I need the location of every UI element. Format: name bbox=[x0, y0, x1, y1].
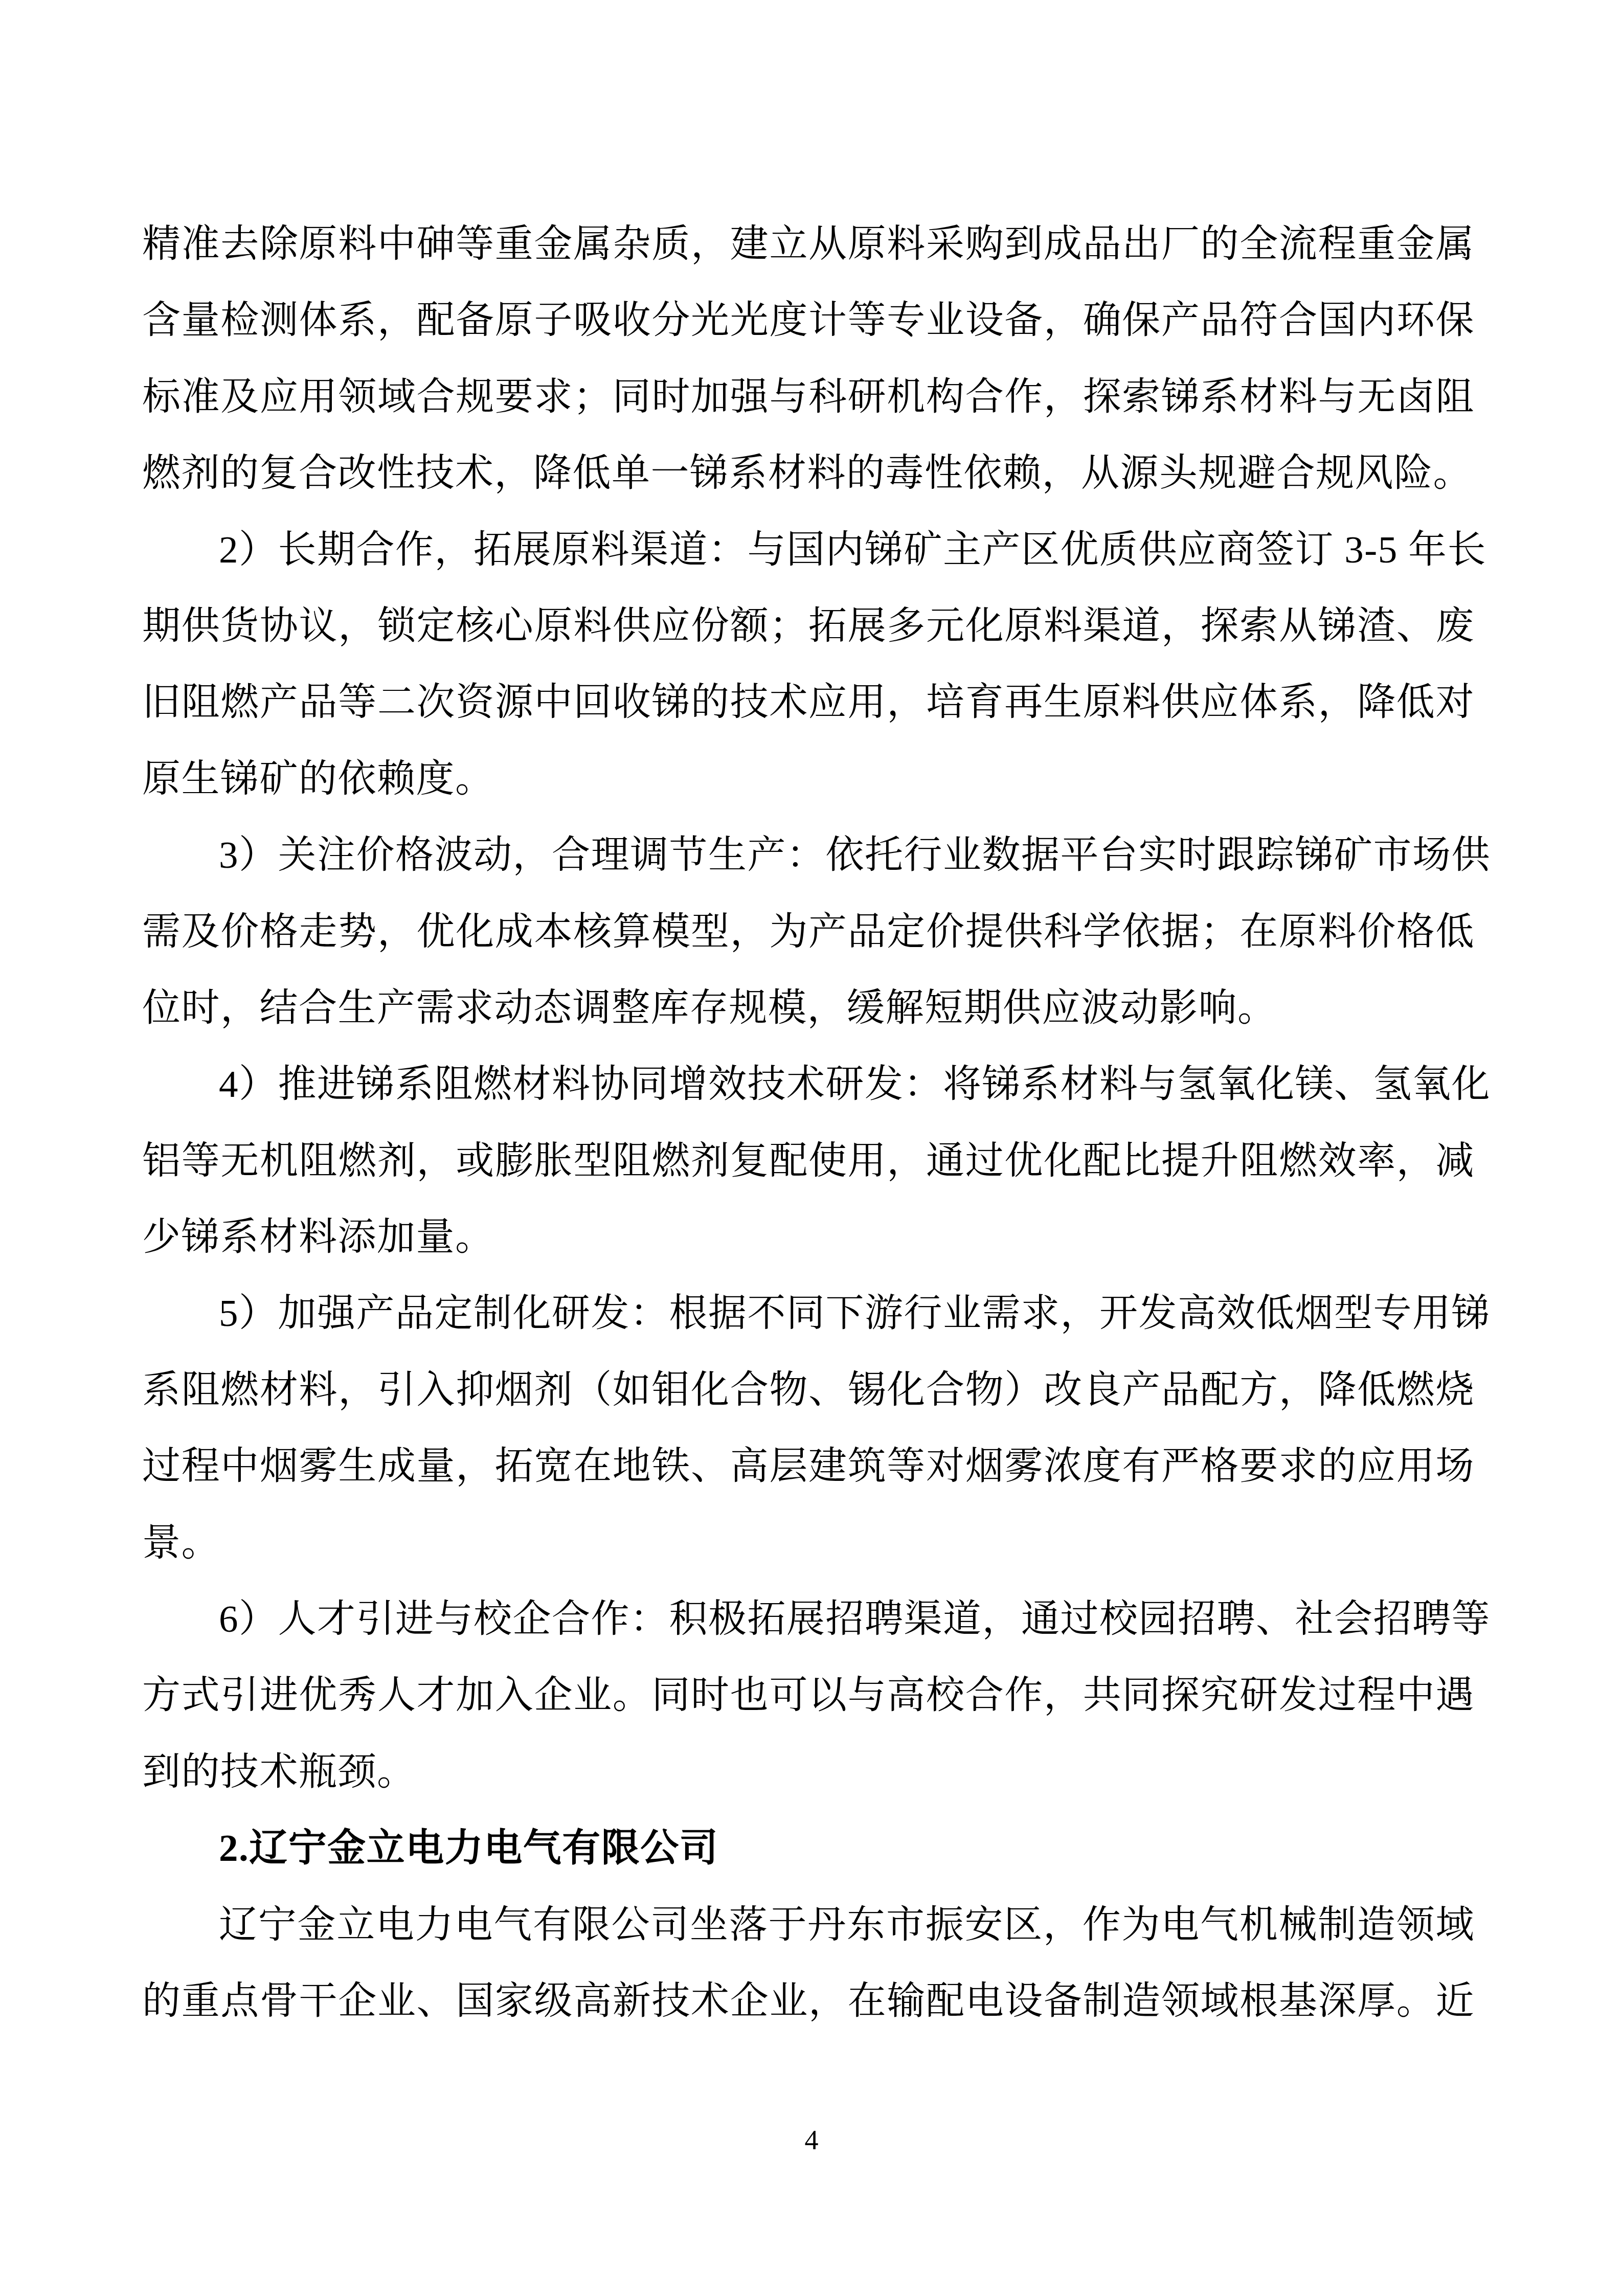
text-line: 标准及应用领域合规要求；同时加强与科研机构合作，探索锑系材料与无卤阻 bbox=[142, 359, 1475, 435]
text-line: 燃剂的复合改性技术，降低单一锑系材料的毒性依赖，从源头规避合规风险。 bbox=[142, 435, 1475, 511]
text-line: 精准去除原料中砷等重金属杂质，建立从原料采购到成品出厂的全流程重金属 bbox=[142, 206, 1475, 282]
page-number: 4 bbox=[0, 2122, 1623, 2158]
text-line: 旧阻燃产品等二次资源中回收锑的技术应用，培育再生原料供应体系，降低对 bbox=[142, 664, 1475, 740]
text-line: 的重点骨干企业、国家级高新技术企业，在输配电设备制造领域根基深厚。近 bbox=[142, 1963, 1475, 2039]
text-line: 铝等无机阻燃剂，或膨胀型阻燃剂复配使用，通过优化配比提升阻燃效率，减 bbox=[142, 1123, 1475, 1199]
text-line: 景。 bbox=[142, 1505, 1475, 1581]
text-line: 6）人才引进与校企合作：积极拓展招聘渠道，通过校园招聘、社会招聘等 bbox=[142, 1581, 1475, 1657]
text-line: 原生锑矿的依赖度。 bbox=[142, 741, 1475, 817]
text-line: 期供货协议，锁定核心原料供应份额；拓展多元化原料渠道，探索从锑渣、废 bbox=[142, 588, 1475, 664]
text-line: 少锑系材料添加量。 bbox=[142, 1199, 1475, 1275]
text-line: 需及价格走势，优化成本核算模型，为产品定价提供科学依据；在原料价格低 bbox=[142, 894, 1475, 970]
text-line: 辽宁金立电力电气有限公司坐落于丹东市振安区，作为电气机械制造领域 bbox=[142, 1887, 1475, 1963]
text-line: 含量检测体系，配备原子吸收分光光度计等专业设备，确保产品符合国内环保 bbox=[142, 282, 1475, 358]
document-page: 精准去除原料中砷等重金属杂质，建立从原料采购到成品出厂的全流程重金属 含量检测体… bbox=[0, 0, 1623, 2296]
text-line: 方式引进优秀人才加入企业。同时也可以与高校合作，共同探究研发过程中遇 bbox=[142, 1657, 1475, 1734]
text-line: 3）关注价格波动，合理调节生产：依托行业数据平台实时跟踪锑矿市场供 bbox=[142, 817, 1475, 893]
text-line: 到的技术瓶颈。 bbox=[142, 1734, 1475, 1810]
section-heading: 2.辽宁金立电力电气有限公司 bbox=[142, 1810, 1475, 1886]
text-line: 4）推进锑系阻燃材料协同增效技术研发：将锑系材料与氢氧化镁、氢氧化 bbox=[142, 1046, 1475, 1122]
text-line: 5）加强产品定制化研发：根据不同下游行业需求，开发高效低烟型专用锑 bbox=[142, 1275, 1475, 1352]
page-body-text: 精准去除原料中砷等重金属杂质，建立从原料采购到成品出厂的全流程重金属 含量检测体… bbox=[142, 206, 1475, 2039]
text-line: 系阻燃材料，引入抑烟剂（如钼化合物、锡化合物）改良产品配方，降低燃烧 bbox=[142, 1352, 1475, 1428]
text-line: 位时，结合生产需求动态调整库存规模，缓解短期供应波动影响。 bbox=[142, 970, 1475, 1046]
text-line: 2）长期合作，拓展原料渠道：与国内锑矿主产区优质供应商签订 3-5 年长 bbox=[142, 512, 1475, 588]
text-line: 过程中烟雾生成量，拓宽在地铁、高层建筑等对烟雾浓度有严格要求的应用场 bbox=[142, 1428, 1475, 1504]
